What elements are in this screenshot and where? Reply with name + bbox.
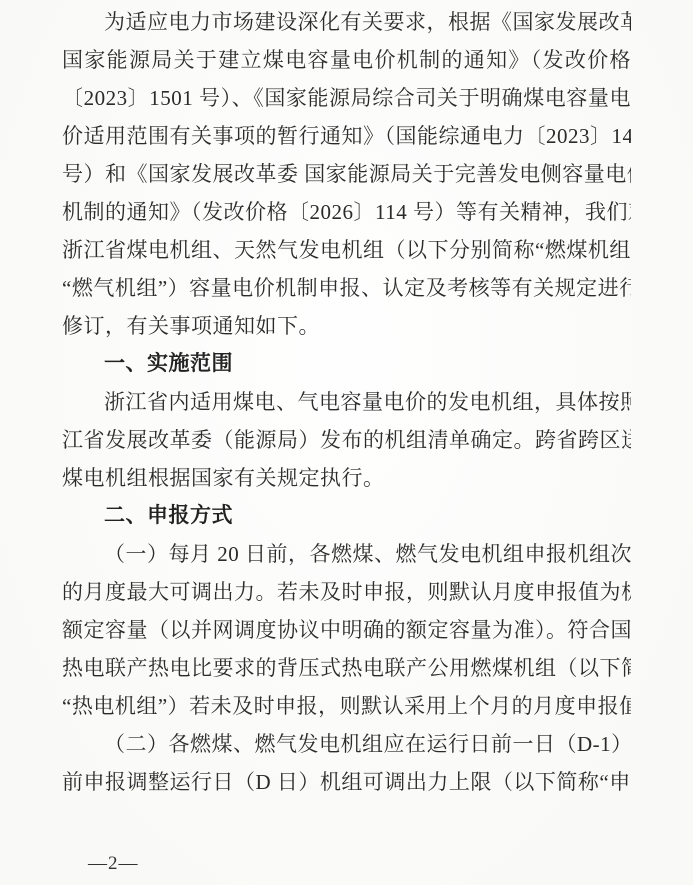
text-line: 江省发展改革委（能源局）发布的机组清单确定。跨省跨区送浙 [62,421,631,459]
text-line: 价适用范围有关事项的暂行通知》（国能综通电力〔2023〕141 [62,117,631,155]
text-line: 额定容量（以并网调度协议中明确的额定容量为准）。符合国家 [62,611,631,649]
section-heading-1: 一、实施范围 [62,345,631,383]
text-line: （二）各燃煤、燃气发电机组应在运行日前一日（D-1）15:00 [62,725,631,763]
text-line: 修订，有关事项通知如下。 [62,307,631,345]
document-body: 为适应电力市场建设深化有关要求，根据《国家发展改革委 国家能源局关于建立煤电容量… [62,3,631,801]
scanned-document-page: 为适应电力市场建设深化有关要求，根据《国家发展改革委 国家能源局关于建立煤电容量… [0,0,693,885]
text-line: 浙江省内适用煤电、气电容量电价的发电机组，具体按照浙 [62,383,631,421]
text-line: 〔2023〕1501 号）、《国家能源局综合司关于明确煤电容量电 [62,79,631,117]
text-line: 热电联产热电比要求的背压式热电联产公用燃煤机组（以下简称 [62,649,631,687]
text-line: “热电机组”）若未及时申报，则默认采用上个月的月度申报值。 [62,687,631,725]
text-line: 号）和《国家发展改革委 国家能源局关于完善发电侧容量电价 [62,155,631,193]
text-line: 浙江省煤电机组、天然气发电机组（以下分别简称“燃煤机组”、 [62,231,631,269]
text-line: 机制的通知》（发改价格〔2026〕114 号）等有关精神，我们对 [62,193,631,231]
page-number: —2— [88,850,139,878]
text-line: 国家能源局关于建立煤电容量电价机制的通知》（发改价格 [62,41,631,79]
text-line: 前申报调整运行日（D 日）机组可调出力上限（以下简称“申报 [62,763,631,801]
section-heading-2: 二、申报方式 [62,497,631,535]
text-line: 为适应电力市场建设深化有关要求，根据《国家发展改革委 [62,3,631,41]
text-line: 煤电机组根据国家有关规定执行。 [62,459,631,497]
text-line: “燃气机组”）容量电价机制申报、认定及考核等有关规定进行了 [62,269,631,307]
text-line: 的月度最大可调出力。若未及时申报，则默认月度申报值为机组 [62,573,631,611]
text-line: （一）每月 20 日前，各燃煤、燃气发电机组申报机组次月 [62,535,631,573]
